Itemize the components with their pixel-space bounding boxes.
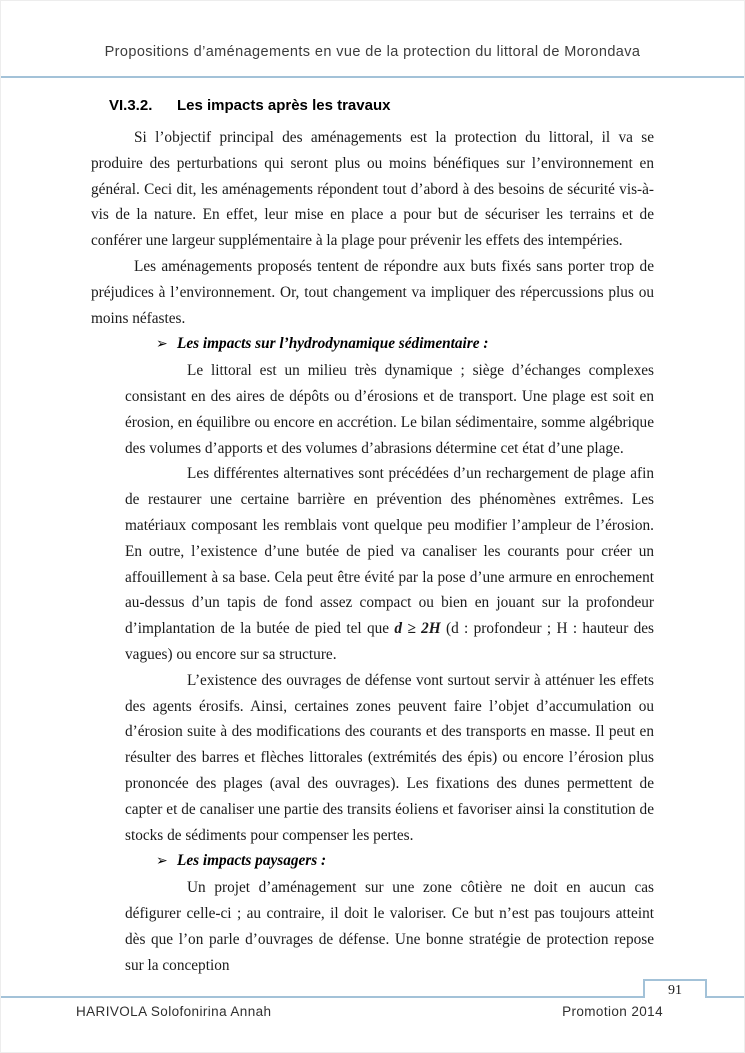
- footer-rule: 91: [1, 979, 744, 998]
- bullet-item-paysagers: ➢Les impacts paysagers :: [156, 848, 654, 875]
- bullet-label: Les impacts sur l’hydrodynamique sédimen…: [177, 335, 488, 352]
- page-body: VI.3.2. Les impacts après les travaux Si…: [1, 97, 744, 978]
- page-footer: 91 HARIVOLA Solofonirina Annah Promotion…: [1, 979, 744, 1052]
- footer-promotion: Promotion 2014: [562, 1004, 663, 1019]
- paragraph-projet-amenagement: Un projet d’aménagement sur une zone côt…: [125, 875, 654, 978]
- section-number: VI.3.2.: [109, 97, 177, 114]
- bullet-item-hydrodynamique: ➢Les impacts sur l’hydrodynamique sédime…: [156, 331, 654, 358]
- paragraph-intro-1: Si l’objectif principal des aménagements…: [91, 125, 654, 254]
- footer-author: HARIVOLA Solofonirina Annah: [76, 1004, 271, 1019]
- section-title: Les impacts après les travaux: [177, 97, 390, 114]
- footer-rule-right: [707, 979, 744, 998]
- paragraph-intro-2: Les aménagements proposés tentent de rép…: [91, 254, 654, 331]
- page-number: 91: [668, 983, 682, 998]
- formula-d-2h: d ≥ 2H: [394, 620, 440, 637]
- page-number-box: 91: [643, 979, 707, 998]
- paragraph-littoral: Le littoral est un milieu très dynamique…: [125, 358, 654, 461]
- section-heading: VI.3.2. Les impacts après les travaux: [109, 97, 654, 114]
- arrowhead-bullet-icon: ➢: [156, 332, 177, 358]
- footer-rule-left: [1, 979, 643, 998]
- arrowhead-bullet-icon: ➢: [156, 849, 177, 875]
- bullet-label: Les impacts paysagers :: [177, 852, 326, 869]
- running-head-title: Propositions d’aménagements en vue de la…: [105, 44, 641, 60]
- paragraph-ouvrages-defense: L’existence des ouvrages de défense vont…: [125, 668, 654, 849]
- paragraph-alternatives: Les différentes alternatives sont précéd…: [125, 461, 654, 667]
- document-page: Propositions d’aménagements en vue de la…: [0, 0, 745, 1053]
- paragraph-alternatives-before: Les différentes alternatives sont précéd…: [125, 465, 654, 637]
- page-header: Propositions d’aménagements en vue de la…: [1, 1, 744, 78]
- footer-text-row: HARIVOLA Solofonirina Annah Promotion 20…: [1, 998, 744, 1052]
